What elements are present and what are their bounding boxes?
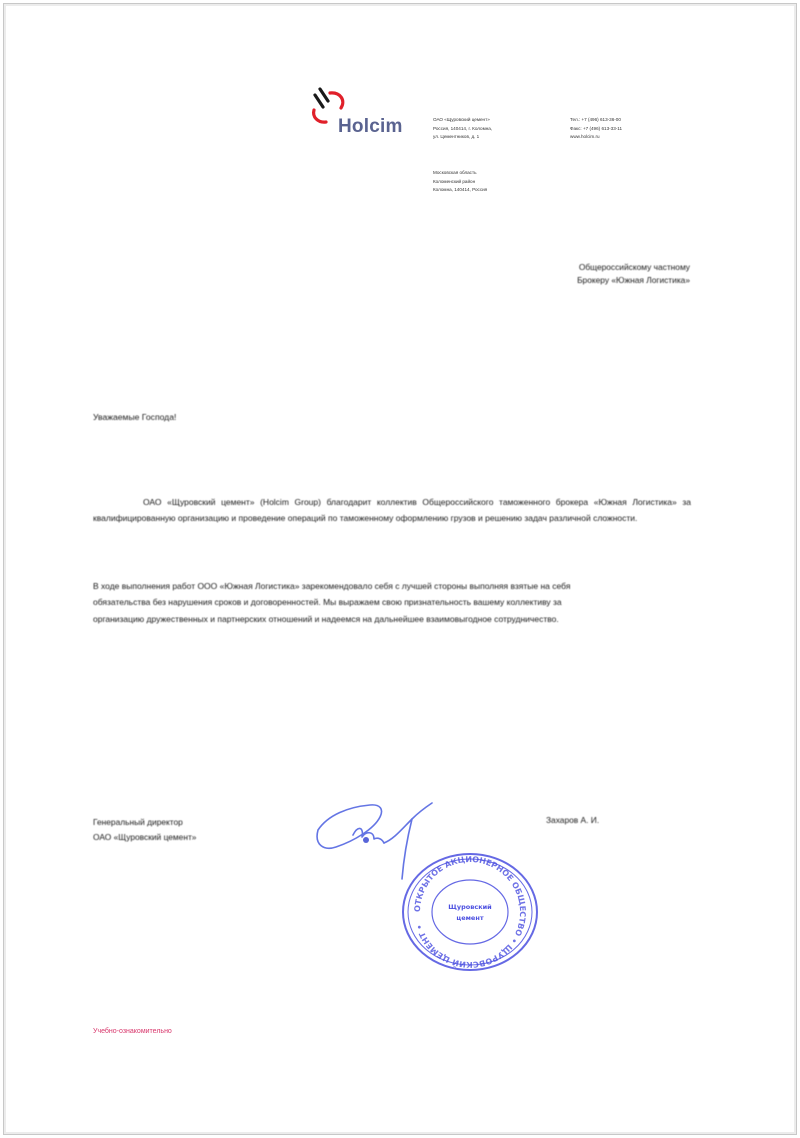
footer-note: Учебно-ознакомительно: [93, 1028, 172, 1035]
address-line: ул. Цементников, д. 1: [433, 133, 492, 142]
contact-line: www.holcim.ru: [570, 133, 622, 142]
letterhead-address: ОАО «Щуровский цемент» Россия, 140414, г…: [433, 116, 492, 142]
contact-line: Факс: +7 (496) 613-33-11: [570, 125, 622, 134]
company-stamp-icon: ОТКРЫТОЕ АКЦИОНЕРНОЕ ОБЩЕСТВО • ЩУРОВСКИ…: [398, 850, 543, 975]
recipient-line: Брокеру «Южная Логистика»: [577, 274, 690, 287]
letterhead-contacts: Тел.: +7 (496) 613-36-00 Факс: +7 (496) …: [570, 116, 622, 142]
company-logo: Holcim: [310, 86, 425, 141]
salutation: Уважаемые Господа!: [93, 412, 176, 422]
svg-text:ОТКРЫТОЕ АКЦИОНЕРНОЕ ОБЩЕСТВО: ОТКРЫТОЕ АКЦИОНЕРНОЕ ОБЩЕСТВО • ЩУРОВСКИ…: [413, 855, 527, 970]
body-paragraph-1: ОАО «Щуровский цемент» (Holcim Group) бл…: [93, 494, 691, 527]
logo-wordmark: Holcim: [338, 116, 403, 138]
recipient-line: Общероссийскому частному: [577, 261, 690, 274]
signatory-position: Генеральный директор: [93, 815, 196, 830]
stamp-center-line-2: цемент: [456, 914, 483, 922]
letterhead-region: Московская область Коломенский район Кол…: [433, 169, 487, 195]
region-line: Коломна, 140414, Россия: [433, 186, 487, 195]
signatory-name: Захаров А. И.: [546, 815, 599, 825]
contact-line: Тел.: +7 (496) 613-36-00: [570, 116, 622, 125]
stamp-ring-text: ОТКРЫТОЕ АКЦИОНЕРНОЕ ОБЩЕСТВО • ЩУРОВСКИ…: [413, 855, 527, 970]
recipient-block: Общероссийскому частному Брокеру «Южная …: [577, 261, 690, 287]
region-line: Коломенский район: [433, 178, 487, 187]
signatory-title: Генеральный директор ОАО «Щуровский цеме…: [93, 815, 196, 845]
stamp-center-line-1: Щуровский: [448, 903, 492, 911]
region-line: Московская область: [433, 169, 487, 178]
address-line: Россия, 140414, г. Коломна,: [433, 125, 492, 134]
address-line: ОАО «Щуровский цемент»: [433, 116, 492, 125]
body-paragraph-2: В ходе выполнения работ ООО «Южная Логис…: [93, 578, 613, 627]
signatory-company: ОАО «Щуровский цемент»: [93, 830, 196, 845]
